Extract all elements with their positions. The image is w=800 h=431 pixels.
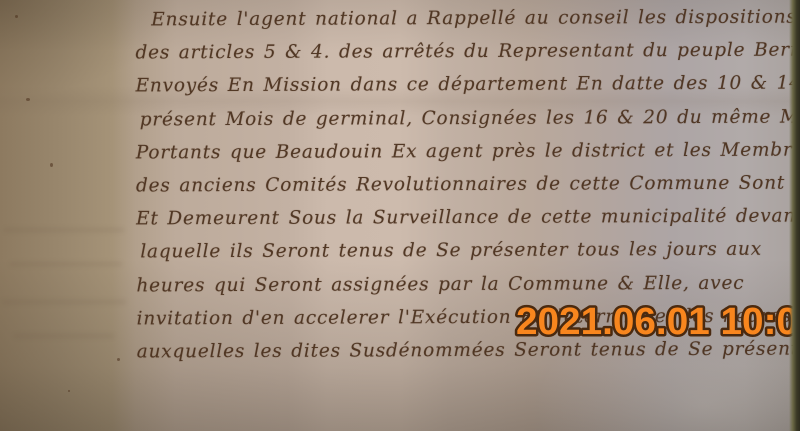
manuscript-line-1: Ensuite l'agent national a Rappellé au c… (135, 1, 791, 37)
manuscript-line-3: Envoyés En Mission dans ce département E… (135, 67, 791, 103)
ink-bleedthrough (10, 262, 122, 266)
stain-dot (15, 15, 18, 18)
manuscript-photo: Ensuite l'agent national a Rappellé au c… (0, 0, 800, 431)
manuscript-line-4: présent Mois de germinal, Consignées les… (136, 100, 792, 136)
page-edge-strip (789, 0, 800, 431)
stain-dot (26, 98, 30, 101)
manuscript-line-5: Portants que Beaudouin Ex agent près le … (136, 133, 792, 169)
stain-dot (68, 390, 70, 392)
manuscript-line-8: laquelle ils Seront tenus de Se présente… (136, 233, 792, 269)
manuscript-line-7: Et Demeurent Sous la Surveillance de cet… (136, 200, 792, 236)
stain-dot (117, 358, 120, 361)
ink-bleedthrough (4, 228, 124, 232)
manuscript-line-2: des articles 5 & 4. des arrêtés du Repre… (135, 34, 791, 70)
ink-bleedthrough (2, 300, 126, 304)
stain-dot (50, 163, 53, 167)
manuscript-line-6: des anciens Comités Revolutionnaires de … (136, 167, 792, 203)
ink-bleedthrough (14, 334, 114, 338)
camera-timestamp-overlay: 2021.06.01 10:0 (513, 297, 800, 345)
camera-timestamp: 2021.06.01 10:0 (516, 301, 798, 343)
